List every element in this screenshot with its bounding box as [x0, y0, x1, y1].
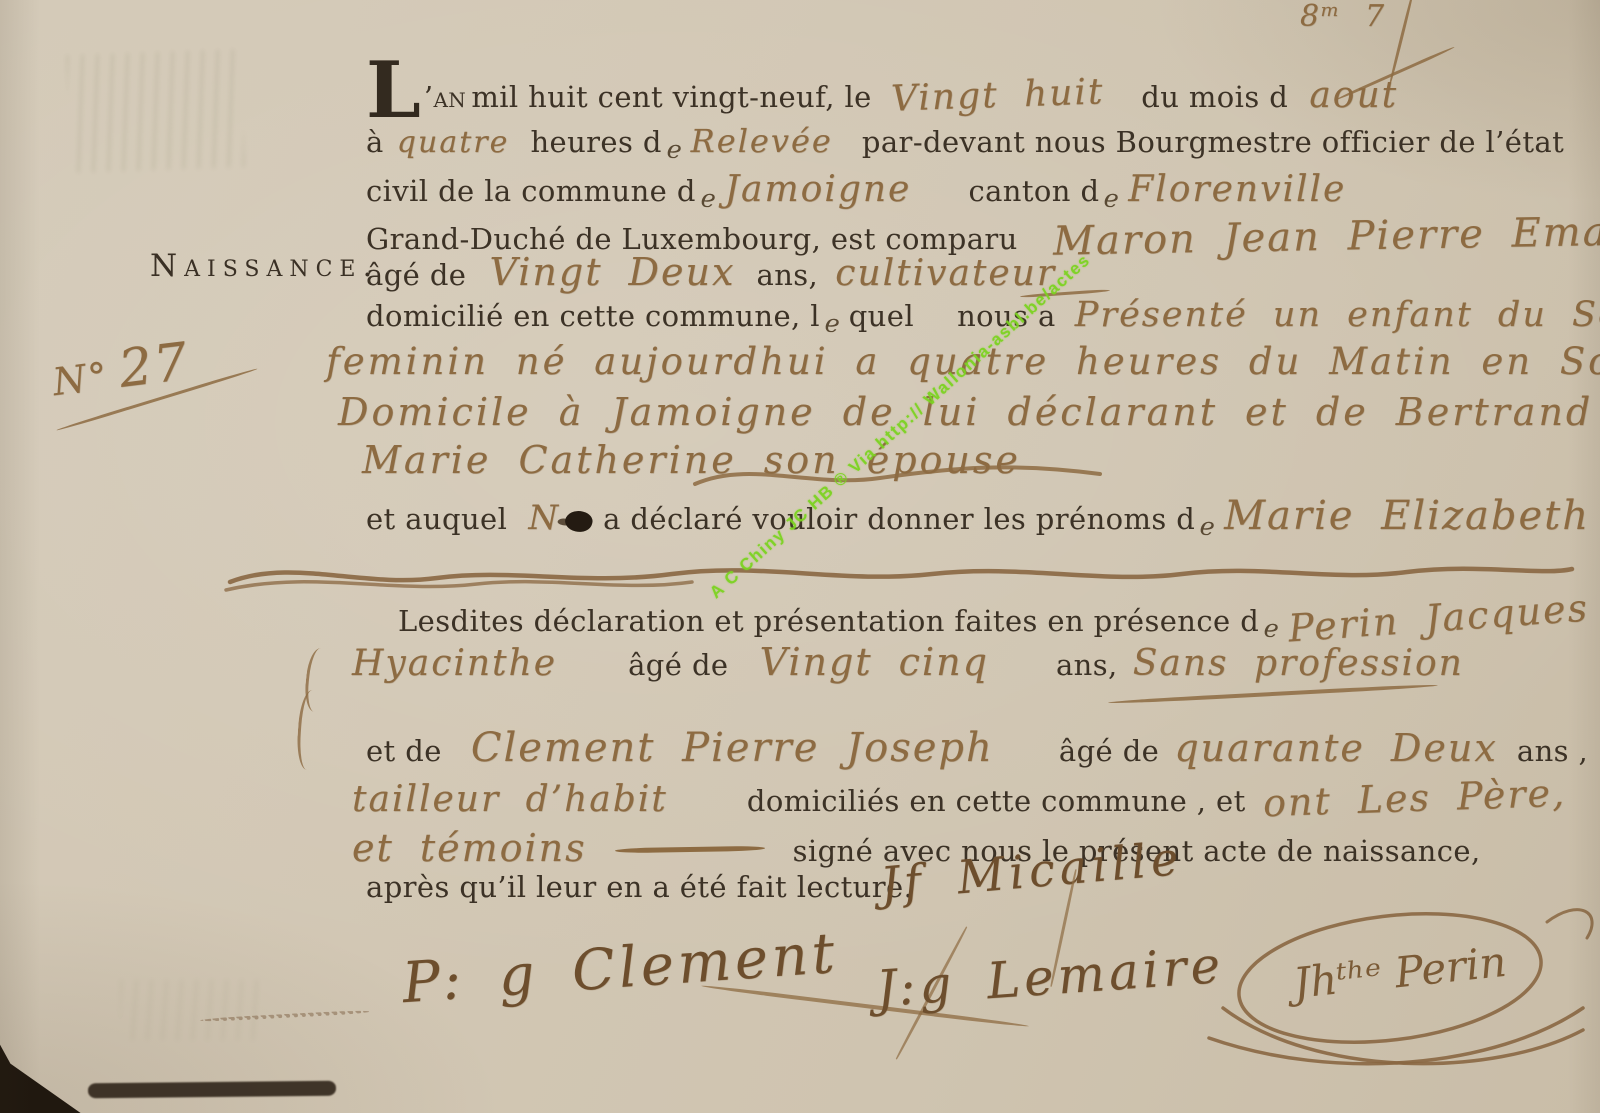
printed-text: après qu’il leur en a été fait lecture. [366, 870, 913, 904]
register-page: 8ᵐ 7 Naissance. N° 27 L’an mil huit cent… [0, 0, 1600, 1113]
pen-separator-squiggle [222, 542, 1582, 604]
printed-text: ans, [757, 258, 819, 292]
act-line-3: civil de la commune deJamoigne canton de… [366, 170, 1346, 210]
printed-fill-e: e [1199, 512, 1217, 541]
entry-witness2-age: quarante Deux [1174, 726, 1497, 770]
entry-declarant-name: Maron Jean Pierre Emanuel [1053, 208, 1600, 263]
entry-hour: quatre [397, 125, 510, 160]
printed-text: heures d [530, 125, 661, 159]
act-line-14: tailleur d’habit domiciliés en cette com… [352, 778, 1566, 820]
entry-birth-day: Vingt huit [890, 72, 1105, 119]
printed-fill-e: e [824, 309, 842, 338]
printed-text: a déclaré vouloir donner les prénoms d [603, 502, 1195, 536]
margin-label-naissance: Naissance. [150, 248, 379, 284]
printed-text: Lesdites déclaration et présentation fai… [398, 604, 1259, 638]
entry-birth-month: aout [1309, 75, 1398, 116]
entry-signing-parties2: et témoins [352, 826, 587, 870]
signature-lemaire-text: J:g Lemaire [874, 936, 1225, 1018]
act-line-12: Hyacinthe âgé de Vingt cinq ans, Sans pr… [352, 642, 1464, 684]
act-line-2: à quatre heures deRelevée par-devant nou… [366, 124, 1564, 159]
entry-commune: Jamoigne [725, 169, 912, 210]
printed-text: ans , [1517, 734, 1588, 768]
page-edge-shadow [0, 1018, 130, 1113]
dropcap-L: L [366, 68, 421, 115]
signature-clement-text: P: g Clement [400, 921, 840, 1016]
printed-fill-e: e [699, 184, 717, 213]
entry-signing-parties: ont Les Père, [1262, 773, 1566, 825]
entry-witness1-occupation: Sans profession [1133, 643, 1464, 684]
printed-text: mil huit cent vingt-neuf, le [471, 80, 871, 114]
printed-text: domicilié en cette commune, l [366, 299, 820, 333]
pen-dash [615, 846, 765, 854]
act-number-prefix: N° [50, 354, 111, 405]
printed-text: âgé de [628, 648, 728, 682]
signature-perin: Jhᵗʰᵉ Perin [1195, 880, 1600, 1100]
entry-witness2-occupation: tailleur d’habit [352, 779, 668, 820]
bleed-through-text [66, 49, 245, 173]
mother-line-swash [690, 448, 1110, 494]
pen-mark: N [528, 498, 560, 538]
printed-text: domiciliés en cette commune , et [747, 784, 1246, 818]
entry-presented-child: Présenté un enfant du Sexe [1075, 295, 1600, 335]
entry-witness1-age: Vingt cinq [760, 640, 989, 684]
bottom-pen-streak [88, 1081, 336, 1099]
printed-text: du mois d [1141, 80, 1288, 114]
printed-fill-e: e [1263, 614, 1281, 643]
printed-text: ’an [424, 80, 466, 114]
act-line-10: et auquel Na déclaré vouloir donner les … [366, 494, 1590, 538]
printed-text: et auquel [366, 502, 507, 536]
printed-text: par-devant nous Bourgmestre officier de … [862, 125, 1564, 159]
act-line-16: après qu’il leur en a été fait lecture. [366, 872, 913, 904]
signature-lemaire: J:g Lemaire [875, 938, 1226, 1017]
entry-canton: Florenville [1128, 169, 1346, 210]
act-line-13: et de Clement Pierre Joseph âgé de quara… [366, 726, 1588, 770]
act-line-8: Domicile à Jamoigne de lui déclarant et … [338, 392, 1593, 434]
entry-hour-period: Relevée [691, 122, 833, 160]
ink-blot [563, 508, 594, 535]
printed-text: âgé de [1059, 734, 1159, 768]
signature-perin-text: Jhᵗʰᵉ Perin [1283, 937, 1509, 1009]
entry-declarant-occupation: cultivateur [835, 253, 1056, 294]
corner-note-text: 8ᵐ 7 [1300, 0, 1386, 34]
printed-fill-e: e [665, 135, 683, 164]
corner-note: 8ᵐ 7 [1300, 0, 1386, 33]
signature-dotted-lead [200, 1010, 370, 1023]
printed-fill-e: e [1103, 184, 1121, 213]
printed-text: et de [366, 734, 442, 768]
printed-text: quel [849, 299, 914, 333]
printed-text: canton d [968, 174, 1099, 208]
profession-underline [1108, 683, 1438, 704]
entry-witness2-name: Clement Pierre Joseph [471, 725, 994, 771]
act-line-11: Lesdites déclaration et présentation fai… [398, 598, 1589, 640]
signature-clement: P: g Clement [400, 923, 840, 1015]
entry-child-names: Marie Elizabeth [1224, 493, 1590, 539]
pen-paren-mark [295, 689, 324, 770]
act-line-6: domicilié en cette commune, lequel nous … [366, 296, 1600, 335]
printed-text: ans, [1056, 648, 1118, 682]
entry-domicile-line: Domicile à Jamoigne de lui déclarant et … [338, 390, 1593, 434]
printed-text: âgé de [366, 258, 466, 292]
act-line-1: L’an mil huit cent vingt-neuf, le Vingt … [366, 58, 1398, 116]
printed-text: à [366, 125, 384, 159]
act-line-5: âgé de Vingt Deux ans, cultivateur [366, 252, 1056, 294]
entry-witness1-firstname: Hyacinthe [352, 643, 557, 684]
printed-text: civil de la commune d [366, 174, 696, 208]
bleed-through-text [120, 980, 260, 1040]
entry-declarant-age: Vingt Deux [489, 250, 735, 294]
